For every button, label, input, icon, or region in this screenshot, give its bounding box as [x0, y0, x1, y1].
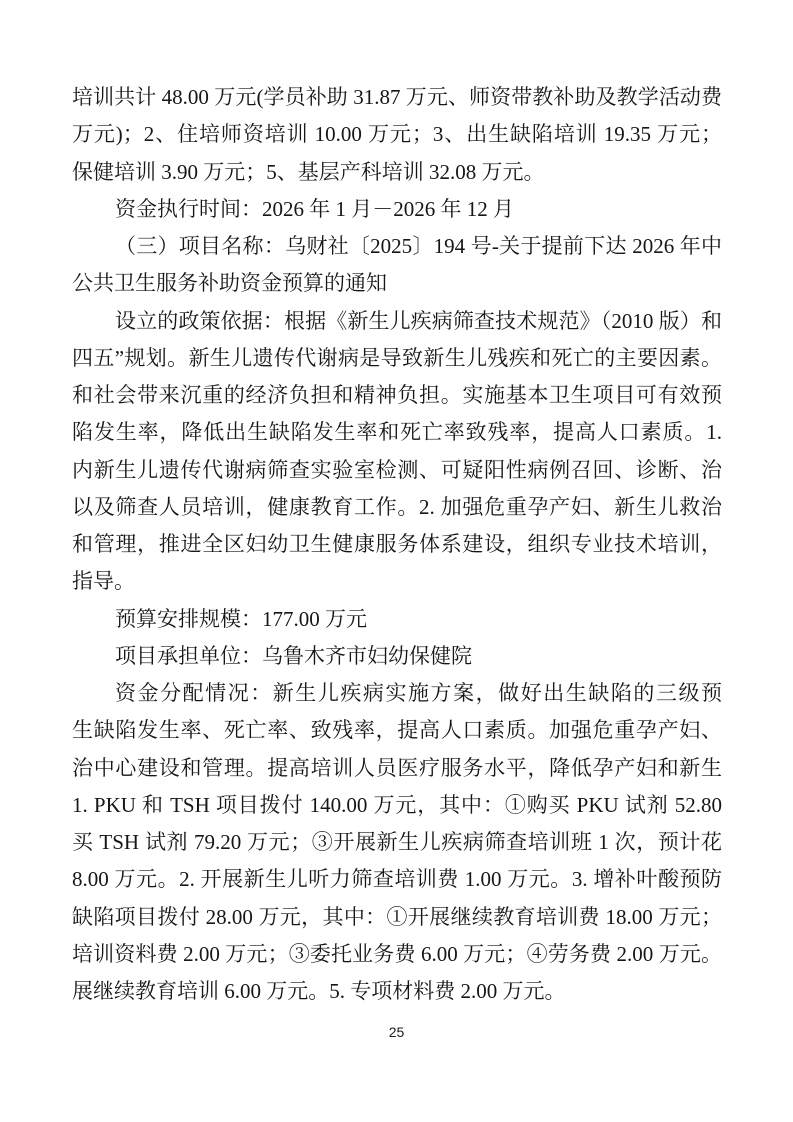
text-line: 展继续教育培训 6.00 万元。5. 专项材料费 2.00 万元。: [72, 973, 722, 1010]
text-line: 资金分配情况：新生儿疾病实施方案，做好出生缺陷的三级预防，降低出: [72, 675, 722, 712]
text-line: 保健培训 3.90 万元；5、基层产科培训 32.08 万元。: [72, 154, 722, 191]
text-line: 预算安排规模：177.00 万元: [72, 601, 722, 638]
text-line: 缺陷项目拨付 28.00 万元，其中：①开展继续教育培训费 18.00 万元；②…: [72, 899, 722, 936]
text-line: 买 TSH 试剂 79.20 万元；③开展新生儿疾病筛查培训班 1 次，预计花费…: [72, 824, 722, 861]
text-line: 公共卫生服务补助资金预算的通知: [72, 265, 722, 302]
text-line: （三）项目名称：乌财社〔2025〕194 号-关于提前下达 2026 年中央基本: [72, 228, 722, 265]
text-line: 陷发生率，降低出生缺陷发生率和死亡率致残率，提高人口素质。1. 开展辖区: [72, 414, 722, 451]
text-line: 和社会带来沉重的经济负担和精神负担。实施基本卫生项目可有效预防出生缺: [72, 377, 722, 414]
document-page: 培训共计 48.00 万元(学员补助 31.87 万元、师资带教补助及教学活动费…: [0, 0, 793, 1122]
text-line: 和管理，推进全区妇幼卫生健康服务体系建设，组织专业技术培训，开展现场: [72, 526, 722, 563]
document-body: 培训共计 48.00 万元(学员补助 31.87 万元、师资带教补助及教学活动费…: [72, 79, 722, 1010]
text-line: 资金执行时间：2026 年 1 月－2026 年 12 月: [72, 191, 722, 228]
text-line: 万元)；2、住培师资培训 10.00 万元；3、出生缺陷培训 19.35 万元；…: [72, 116, 722, 153]
text-line: 指导。: [72, 563, 722, 600]
text-line: 8.00 万元。2. 开展新生儿听力筛查培训费 1.00 万元。3. 增补叶酸预…: [72, 861, 722, 898]
text-line: 内新生儿遗传代谢病筛查实验室检测、可疑阳性病例召回、诊断、治疗和随访: [72, 452, 722, 489]
text-line: 治中心建设和管理。提高培训人员医疗服务水平，降低孕产妇和新生儿死亡率。: [72, 750, 722, 787]
text-line: 培训资料费 2.00 万元；③委托业务费 6.00 万元；④劳务费 2.00 万…: [72, 936, 722, 973]
page-number: 25: [0, 1024, 793, 1040]
text-line: 四五”规划。新生儿遗传代谢病是导致新生儿残疾和死亡的主要因素。给家庭: [72, 340, 722, 377]
text-line: 以及筛查人员培训，健康教育工作。2. 加强危重孕产妇、新生儿救治中心建设: [72, 489, 722, 526]
text-line: 设立的政策依据：根据《新生儿疾病筛查技术规范》（2010 版）和国家“十: [72, 303, 722, 340]
text-line: 项目承担单位：乌鲁木齐市妇幼保健院: [72, 638, 722, 675]
text-line: 培训共计 48.00 万元(学员补助 31.87 万元、师资带教补助及教学活动费…: [72, 79, 722, 116]
text-line: 生缺陷发生率、死亡率、致残率，提高人口素质。加强危重孕产妇、新生儿救: [72, 712, 722, 749]
text-line: 1. PKU 和 TSH 项目拨付 140.00 万元，其中：①购买 PKU 试…: [72, 787, 722, 824]
